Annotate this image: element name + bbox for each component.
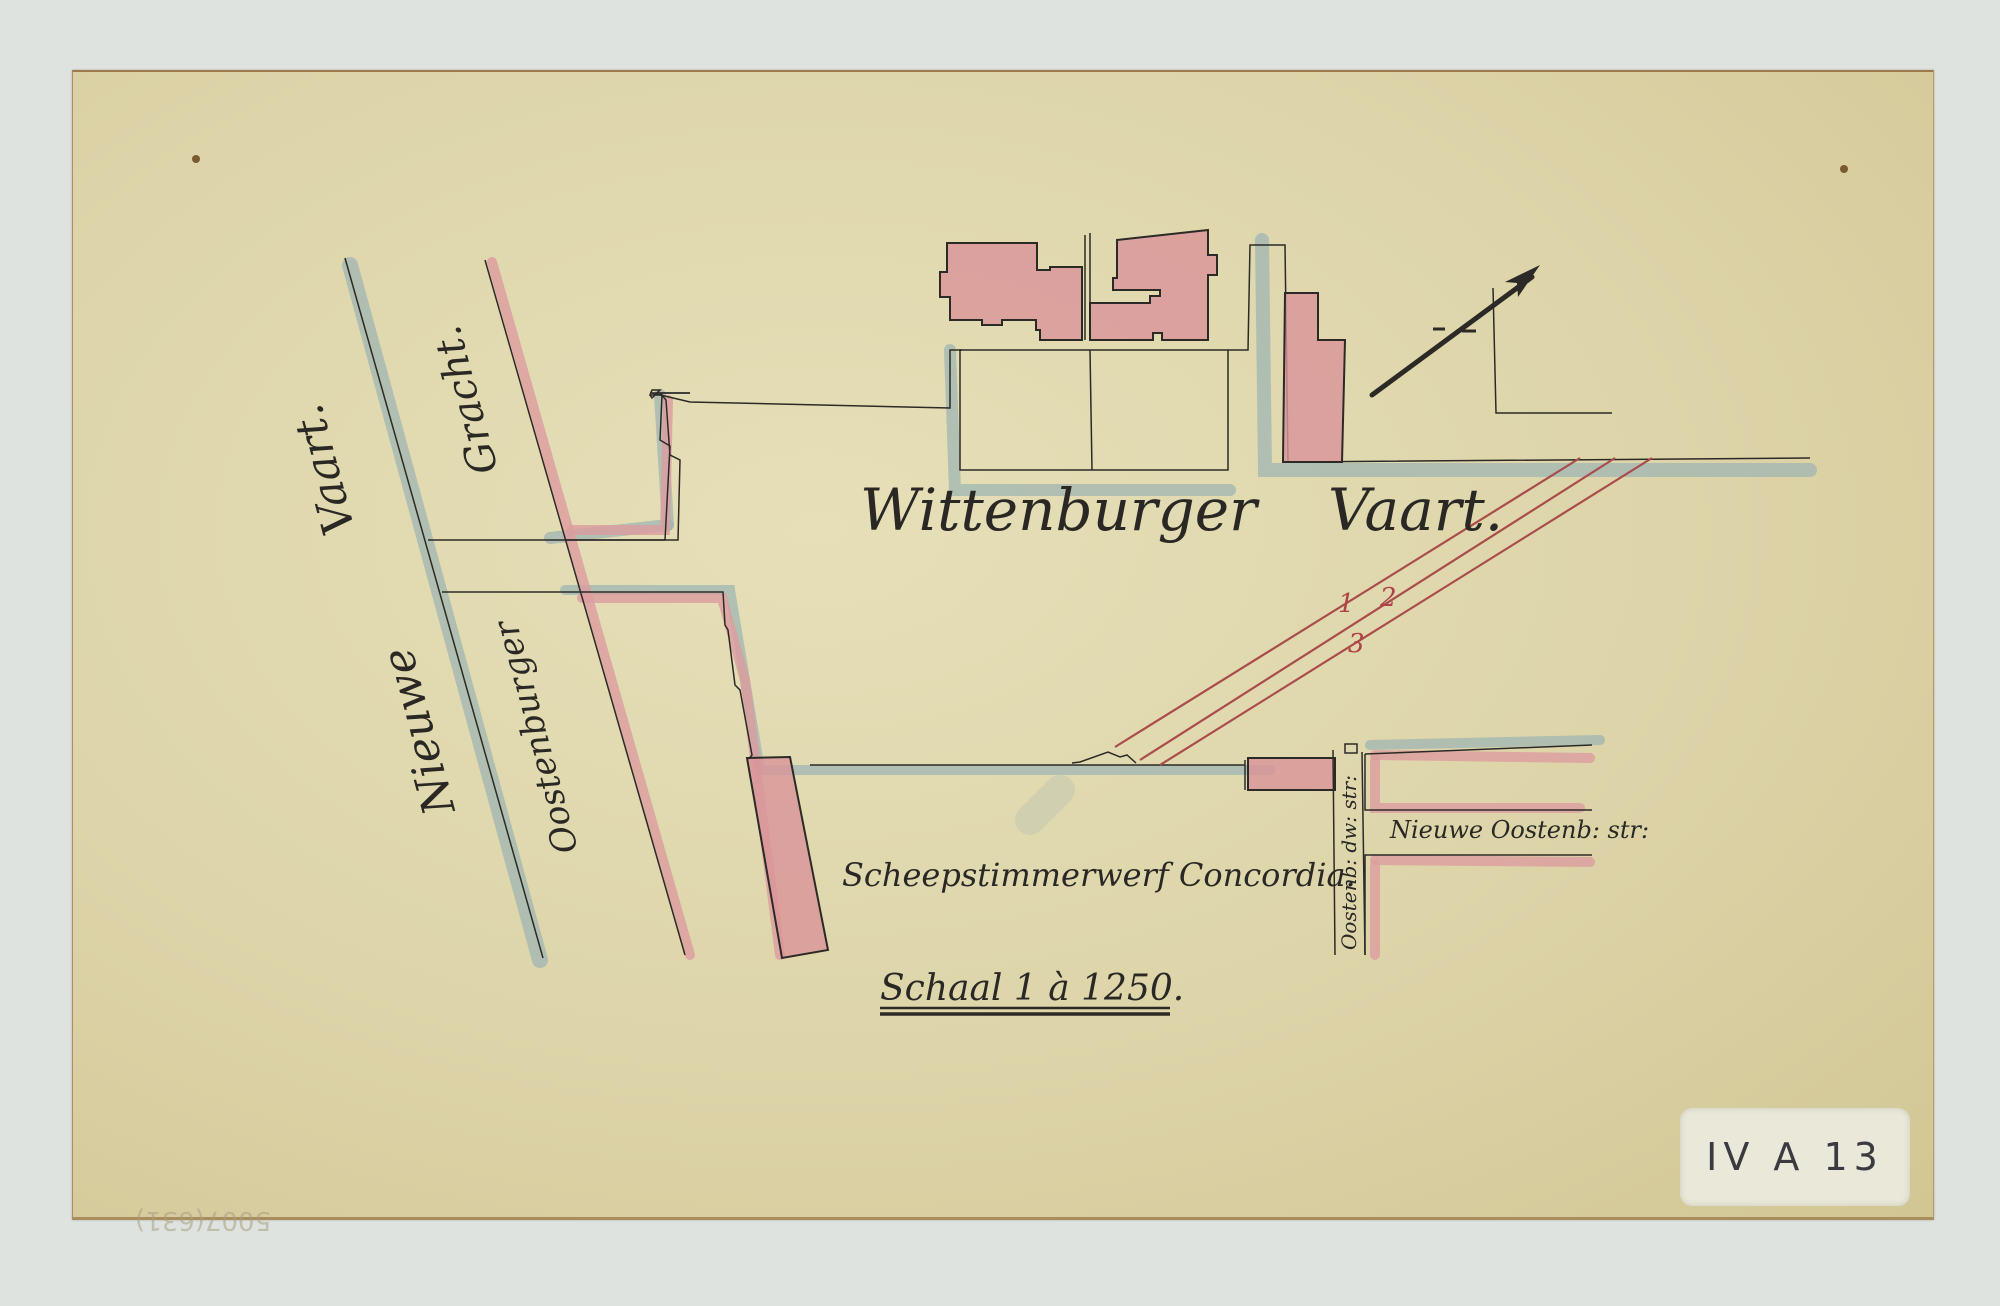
street-red-wash bbox=[492, 262, 1590, 955]
scale-label: Schaal 1 à 1250. bbox=[880, 968, 1184, 1009]
pin-hole-top-right bbox=[1840, 165, 1848, 173]
slipway-number-3: 3 bbox=[1348, 629, 1365, 659]
building-2 bbox=[1090, 230, 1217, 340]
label-vaart-left: Vaart. bbox=[282, 399, 366, 541]
slipway-number-2: 2 bbox=[1379, 583, 1397, 613]
label-shipyard: Scheepstimmerwerf Concordia. bbox=[842, 856, 1356, 894]
scale: Schaal 1 à 1250. bbox=[880, 968, 1184, 1014]
side-building bbox=[1248, 758, 1335, 790]
label-nieuwe: Nieuwe bbox=[372, 642, 466, 821]
catalog-label-text: IV A 13 bbox=[1706, 1135, 1884, 1179]
label-vaart-main: Vaart. bbox=[1328, 476, 1503, 544]
pin-hole-top-left bbox=[192, 155, 200, 163]
catalog-label: IV A 13 bbox=[1680, 1108, 1910, 1206]
buildings-top bbox=[940, 230, 1345, 462]
building-3 bbox=[1283, 293, 1345, 462]
label-gracht: Gracht. bbox=[424, 321, 508, 480]
north-arrow-icon bbox=[1372, 265, 1612, 413]
slipway-number-1: 1 bbox=[1338, 589, 1355, 619]
label-cross-street: Nieuwe Oostenb: str: bbox=[1389, 816, 1649, 844]
label-wittenburger: Wittenburger bbox=[860, 476, 1260, 544]
pencil-inventory-note: 5007(631) bbox=[135, 1205, 271, 1235]
shipyard-strip bbox=[747, 757, 828, 958]
label-side-street: Oostenb: dw: str: bbox=[1337, 775, 1361, 950]
building-1 bbox=[940, 243, 1082, 340]
